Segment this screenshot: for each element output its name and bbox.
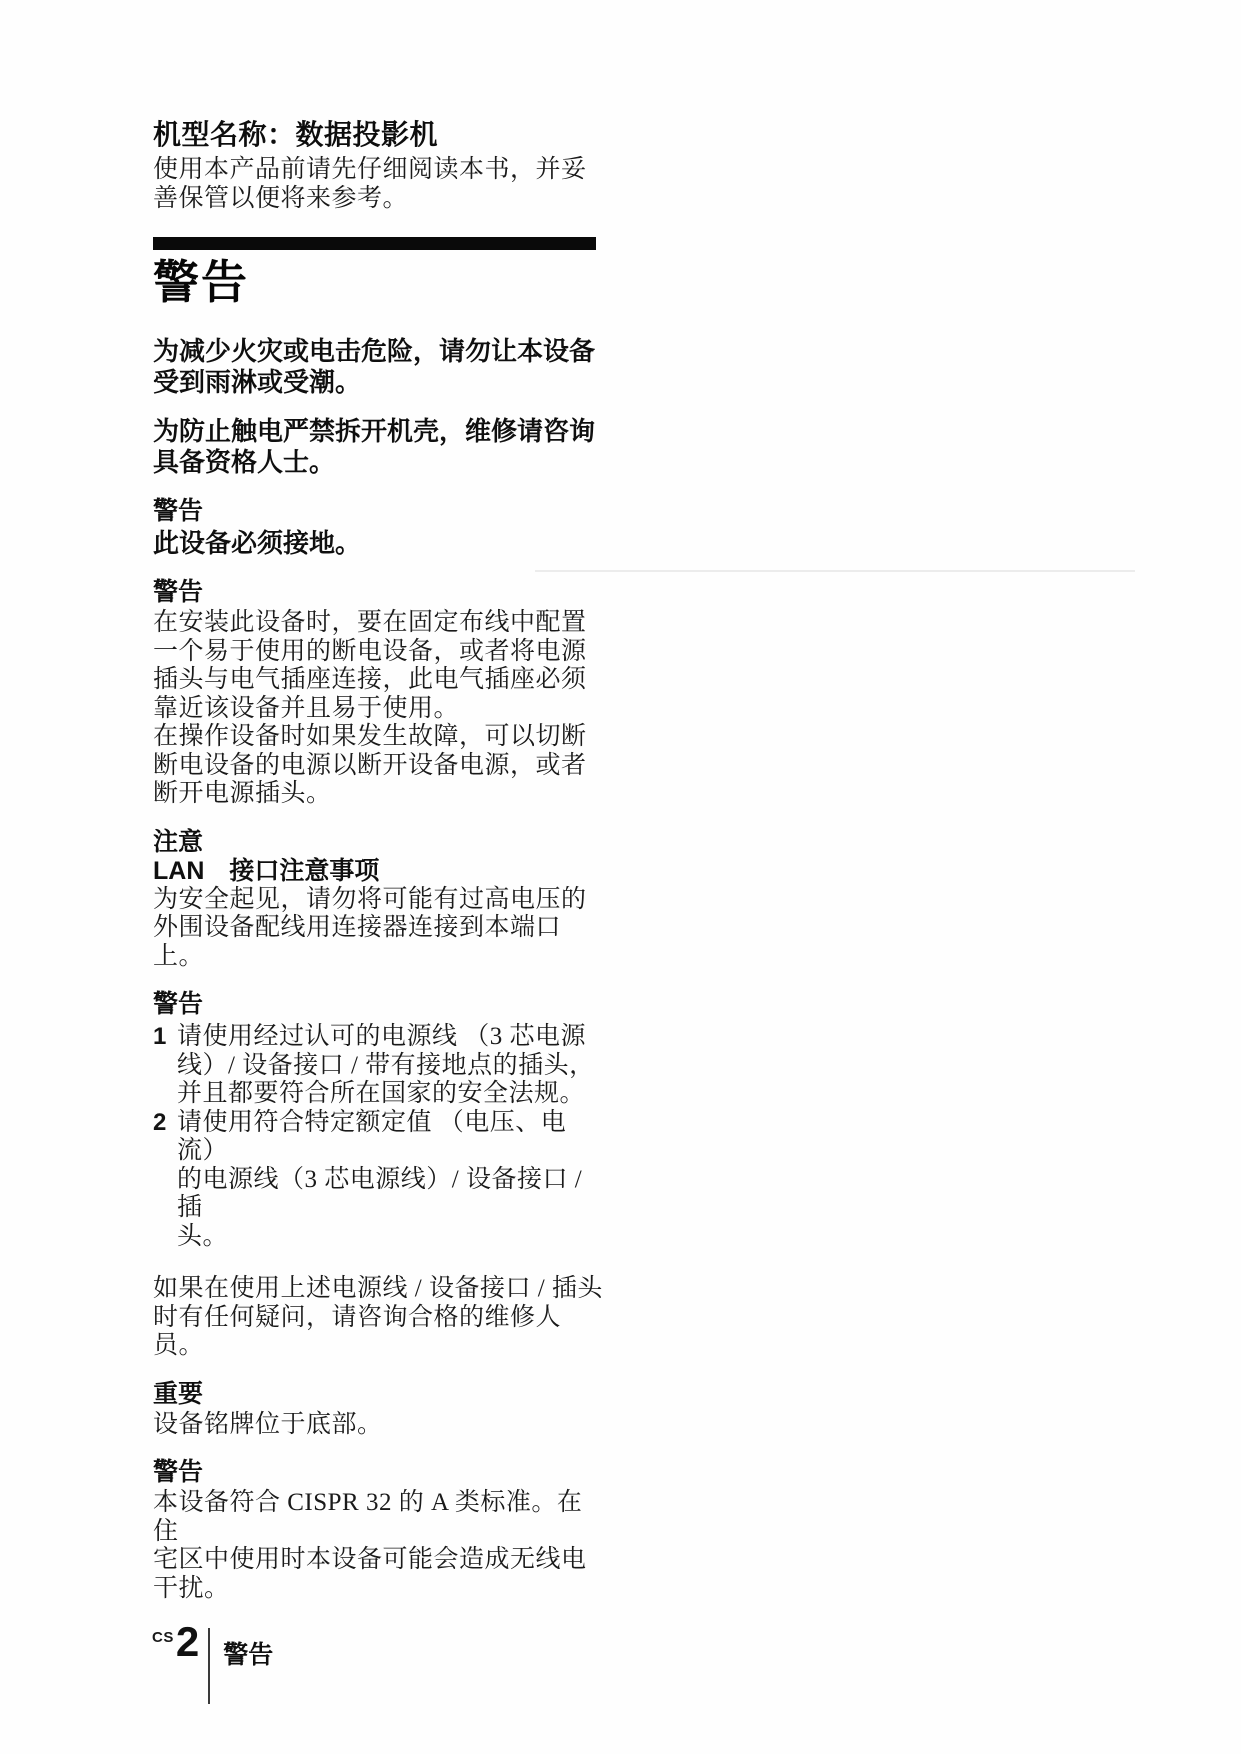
language-code-label: CS [152, 1629, 174, 1646]
list-item-text: 请使用符合特定额定值 （电压、电流） 的电源线（3 芯电源线）/ 设备接口 / … [177, 1109, 605, 1252]
lan-port-subheading: LAN 接口注意事项 [153, 856, 605, 886]
section-bold-body: 此设备必须接地。 [153, 528, 605, 559]
section-body: 为安全起见，请勿将可能有过高电压的 外围设备配线用连接器连接到本端口 上。 [153, 886, 605, 972]
section-divider-bar [153, 237, 596, 250]
intro-paragraph: 使用本产品前请先仔细阅读本书，并妥 善保管以便将来参考。 [153, 156, 605, 213]
page-footer: CS 2 警告 [152, 1622, 273, 1704]
section-lan-caution: 注意 LAN 接口注意事项 为安全起见，请勿将可能有过高电压的 外围设备配线用连… [153, 828, 605, 972]
section-body: 设备铭牌位于底部。 [153, 1411, 605, 1440]
page-title: 警告 [153, 259, 605, 305]
list-item: 1 请使用经过认可的电源线 （3 芯电源 线）/ 设备接口 / 带有接地点的插头… [153, 1023, 605, 1109]
list-item-number: 1 [153, 1023, 177, 1052]
intro-block: 机型名称：数据投影机 使用本产品前请先仔细阅读本书，并妥 善保管以便将来参考。 [153, 118, 605, 213]
list-item-number: 2 [153, 1109, 177, 1138]
footer-section-label: 警告 [223, 1635, 273, 1671]
section-body: 本设备符合 CISPR 32 的 A 类标准。在住 宅区中使用时本设备可能会造成… [153, 1489, 605, 1603]
section-heading: 重要 [153, 1380, 605, 1408]
page-content-column: 机型名称：数据投影机 使用本产品前请先仔细阅读本书，并妥 善保管以便将来参考。 … [153, 118, 605, 1603]
section-heading: 警告 [153, 1458, 605, 1486]
section-heading: 注意 [153, 828, 605, 856]
section-heading: 警告 [153, 990, 605, 1018]
list-item-text: 请使用经过认可的电源线 （3 芯电源 线）/ 设备接口 / 带有接地点的插头， … [177, 1023, 605, 1109]
section-heading: 警告 [153, 497, 605, 525]
scan-artifact-line [535, 570, 1135, 572]
section-disconnect-warning: 警告 在安装此设备时，要在固定布线中配置 一个易于使用的断电设备，或者将电源 插… [153, 578, 605, 809]
section-power-cord-warning: 警告 1 请使用经过认可的电源线 （3 芯电源 线）/ 设备接口 / 带有接地点… [153, 990, 605, 1361]
section-body: 在安装此设备时，要在固定布线中配置 一个易于使用的断电设备，或者将电源 插头与电… [153, 609, 605, 809]
section-grounding-warning: 警告 此设备必须接地。 [153, 497, 605, 559]
numbered-list: 1 请使用经过认可的电源线 （3 芯电源 线）/ 设备接口 / 带有接地点的插头… [153, 1023, 605, 1251]
page-number: 2 [176, 1622, 199, 1662]
section-nameplate-important: 重要 设备铭牌位于底部。 [153, 1380, 605, 1440]
list-item: 2 请使用符合特定额定值 （电压、电流） 的电源线（3 芯电源线）/ 设备接口 … [153, 1109, 605, 1252]
section-cispr-warning: 警告 本设备符合 CISPR 32 的 A 类标准。在住 宅区中使用时本设备可能… [153, 1458, 605, 1603]
lead-warning-paragraph: 为防止触电严禁拆开机壳，维修请咨询 具备资格人士。 [153, 416, 605, 478]
manual-page: 机型名称：数据投影机 使用本产品前请先仔细阅读本书，并妥 善保管以便将来参考。 … [0, 0, 1241, 1754]
section-heading: 警告 [153, 578, 605, 606]
consult-service-paragraph: 如果在使用上述电源线 / 设备接口 / 插头 时有任何疑问，请咨询合格的维修人员… [153, 1275, 605, 1361]
lead-warning-paragraph: 为减少火灾或电击危险，请勿让本设备 受到雨淋或受潮。 [153, 336, 605, 398]
model-name-title: 机型名称：数据投影机 [153, 118, 605, 152]
footer-divider-rule [208, 1628, 210, 1704]
